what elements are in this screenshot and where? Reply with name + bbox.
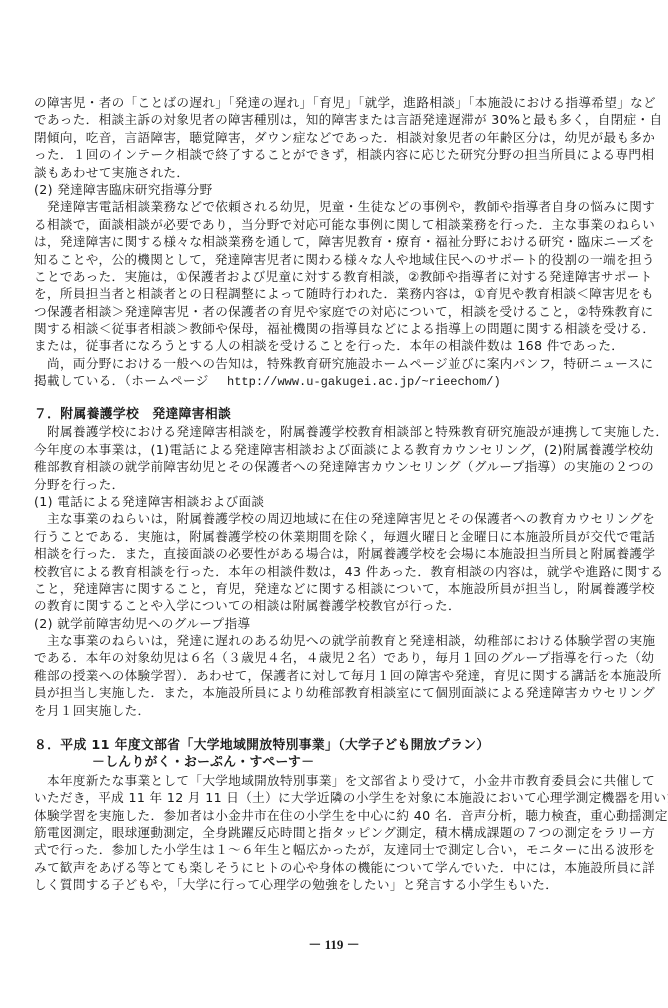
- paragraph-line: しく質問する子どもや，「大学に行って心理学の勉強をしたい」と発言する小学生もいた…: [34, 876, 646, 893]
- section-7: ７．附属養護学校 発達障害相談 附属養護学校における発達障害相談を，附属養護学校…: [34, 406, 646, 719]
- section-6-continuation: の障害児・者の「ことばの遅れ」「発達の遅れ」「育児」「就学，進路相談」「本施設に…: [34, 94, 646, 390]
- paragraph-line: 本年度新たな事業として「大学地域開放特別事業」を文部省より受けて，小金井市教育委…: [34, 772, 646, 789]
- paragraph-line: 主な事業のねらいは，発達に遅れのある幼児への就学前教育と発達相談，幼稚部における…: [34, 632, 646, 649]
- section-8: ８．平成 11 年度文部省「大学地域開放特別事業」（大学子ども開放プラン） －し…: [34, 737, 646, 894]
- subsection-heading: (2) 就学前障害幼児へのグループ指導: [34, 615, 646, 632]
- paragraph-line: 発達障害電話相談業務などで依頼される幼児，児童・生徒などの事例や，教師や指導者自…: [34, 198, 646, 215]
- paragraph-line: いただき，平成 11 年 12 月 11 日（土）に大学近隣の小学生を対象に本施…: [34, 789, 646, 806]
- subsection-heading: (1) 電話による発達障害相談および面談: [34, 493, 646, 510]
- paragraph-line: 体験学習を実施した．参加者は小金井市在住の小学生を中心に約 40 名．音声分析，…: [34, 807, 646, 824]
- paragraph-line: 尚，両分野における一般への告知は，特殊教育研究施設ホームページ並びに案内パンフ，…: [34, 355, 646, 372]
- paragraph-line: の教育に関することや入学についての相談は附属養護学校教官が行った．: [34, 597, 646, 614]
- subsection-heading: (2) 発達障害臨床研究指導分野: [34, 181, 646, 198]
- homepage-url: http://www.u-gakugei.ac.jp/~rieechom/): [227, 375, 501, 389]
- paragraph-line: 閉傾向，吃音，言語障害，聴覚障害，ダウン症などであった．相談対象児者の年齢区分は…: [34, 129, 646, 146]
- section-heading: ８．平成 11 年度文部省「大学地域開放特別事業」（大学子ども開放プラン）: [34, 737, 646, 754]
- paragraph-line: ことであった．実施は，①保護者および児童に対する教育相談，②教師や指導者に対する…: [34, 268, 646, 285]
- paragraph-line: の障害児・者の「ことばの遅れ」「発達の遅れ」「育児」「就学，進路相談」「本施設に…: [34, 94, 646, 111]
- paragraph-line: みて歓声をあげる等とても楽しそうにヒトの心や身体の機能について学んでいた．中には…: [34, 859, 646, 876]
- section-heading: ７．附属養護学校 発達障害相談: [34, 406, 646, 423]
- paragraph-line: 今年度の本事業は，(1)電話による発達障害相談および面談による教育カウンセリング…: [34, 441, 646, 458]
- paragraph-line: 筋電図測定，眼球運動測定，全身跳躍反応時間と指タッピング測定，積木構成課題の７つ…: [34, 824, 646, 841]
- paragraph-line: つ保護者相談＞発達障害児・者の保護者の育児や家庭での対応について，相談を受けるこ…: [34, 303, 646, 320]
- paragraph-line: こと，発達障害に関すること，育児，発達などに関する相談について，本施設所員が担当…: [34, 580, 646, 597]
- paragraph-line: を月１回実施した．: [34, 702, 646, 719]
- section-subtitle: －しんりがく・おーぷん・すぺーす－: [34, 754, 646, 771]
- paragraph-line: または，従事者になろうとする人の相談を受けることを行った．本年の相談件数は 16…: [34, 337, 646, 354]
- paragraph-line: であった．相談主訴の対象児者の障害種別は，知的障害または言語発達遅滞が 30%と…: [34, 111, 646, 128]
- paragraph-line: 主な事業のねらいは，附属養護学校の周辺地域に在住の発達障害児とその保護者への教育…: [34, 510, 646, 527]
- paragraph-line: 員が担当し実施した．また，本施設所員により幼稚部教育相談室にて個別面談による発達…: [34, 684, 646, 701]
- page-number: － 119 －: [0, 934, 668, 953]
- paragraph-line: 式で行った．参加した小学生は１～６年生と幅広かったが，友達同士で測定し合い，モニ…: [34, 841, 646, 858]
- notice-text: 掲載している．（ホームページ: [34, 373, 209, 388]
- paragraph-line: 関する相談＜従事者相談＞教師や保母，福祉機関の指導員などによる指導上の問題に関す…: [34, 320, 646, 337]
- paragraph-line: である．本年の対象幼児は６名（３歳児４名，４歳児２名）であり，毎月１回のグループ…: [34, 649, 646, 666]
- paragraph-line: 知ることや，公的機関として，発達障害児者に関わる様々な人や地域住民へのサポート的…: [34, 251, 646, 268]
- paragraph-line: 相談を行った．また，直接面談の必要性がある場合は，附属養護学校を会場に本施設担当…: [34, 545, 646, 562]
- paragraph-line: 行うことである．実施は，附属養護学校の休業期間を除く，毎週火曜日と金曜日に本施設…: [34, 528, 646, 545]
- paragraph-line: 稚部の授業への体験学習）．あわせて，保護者に対して毎月１回の障害や発達，育児に関…: [34, 667, 646, 684]
- paragraph-line: 附属養護学校における発達障害相談を，附属養護学校教育相談部と特殊教育研究施設が連…: [34, 423, 646, 440]
- paragraph-line: を，所員担当者と相談者との日程調整によって随時行われた．業務内容は，①育児や教育…: [34, 285, 646, 302]
- paragraph-line: った．１回のインテーク相談で終了することができず，相談内容に応じた研究分野の担当…: [34, 146, 646, 163]
- paragraph-line: 分野を行った．: [34, 476, 646, 493]
- paragraph-line: 掲載している．（ホームページ http://www.u-gakugei.ac.j…: [34, 372, 646, 389]
- paragraph-line: は，発達障害に関する様々な相談業務を通して，障害児教育・療育・福祉分野における研…: [34, 233, 646, 250]
- paragraph-line: 稚部教育相談の就学前障害幼児とその保護者への発達障害カウンセリング（グループ指導…: [34, 458, 646, 475]
- paragraph-line: 談もあわせて実施された．: [34, 164, 646, 181]
- paragraph-line: る相談で，面談相談が必要であり，当分野で対応可能な事例に関して相談業務を行った．…: [34, 216, 646, 233]
- paragraph-line: 校教官による教育相談を行った．本年の相談件数は，43 件あった．教育相談の内容は…: [34, 563, 646, 580]
